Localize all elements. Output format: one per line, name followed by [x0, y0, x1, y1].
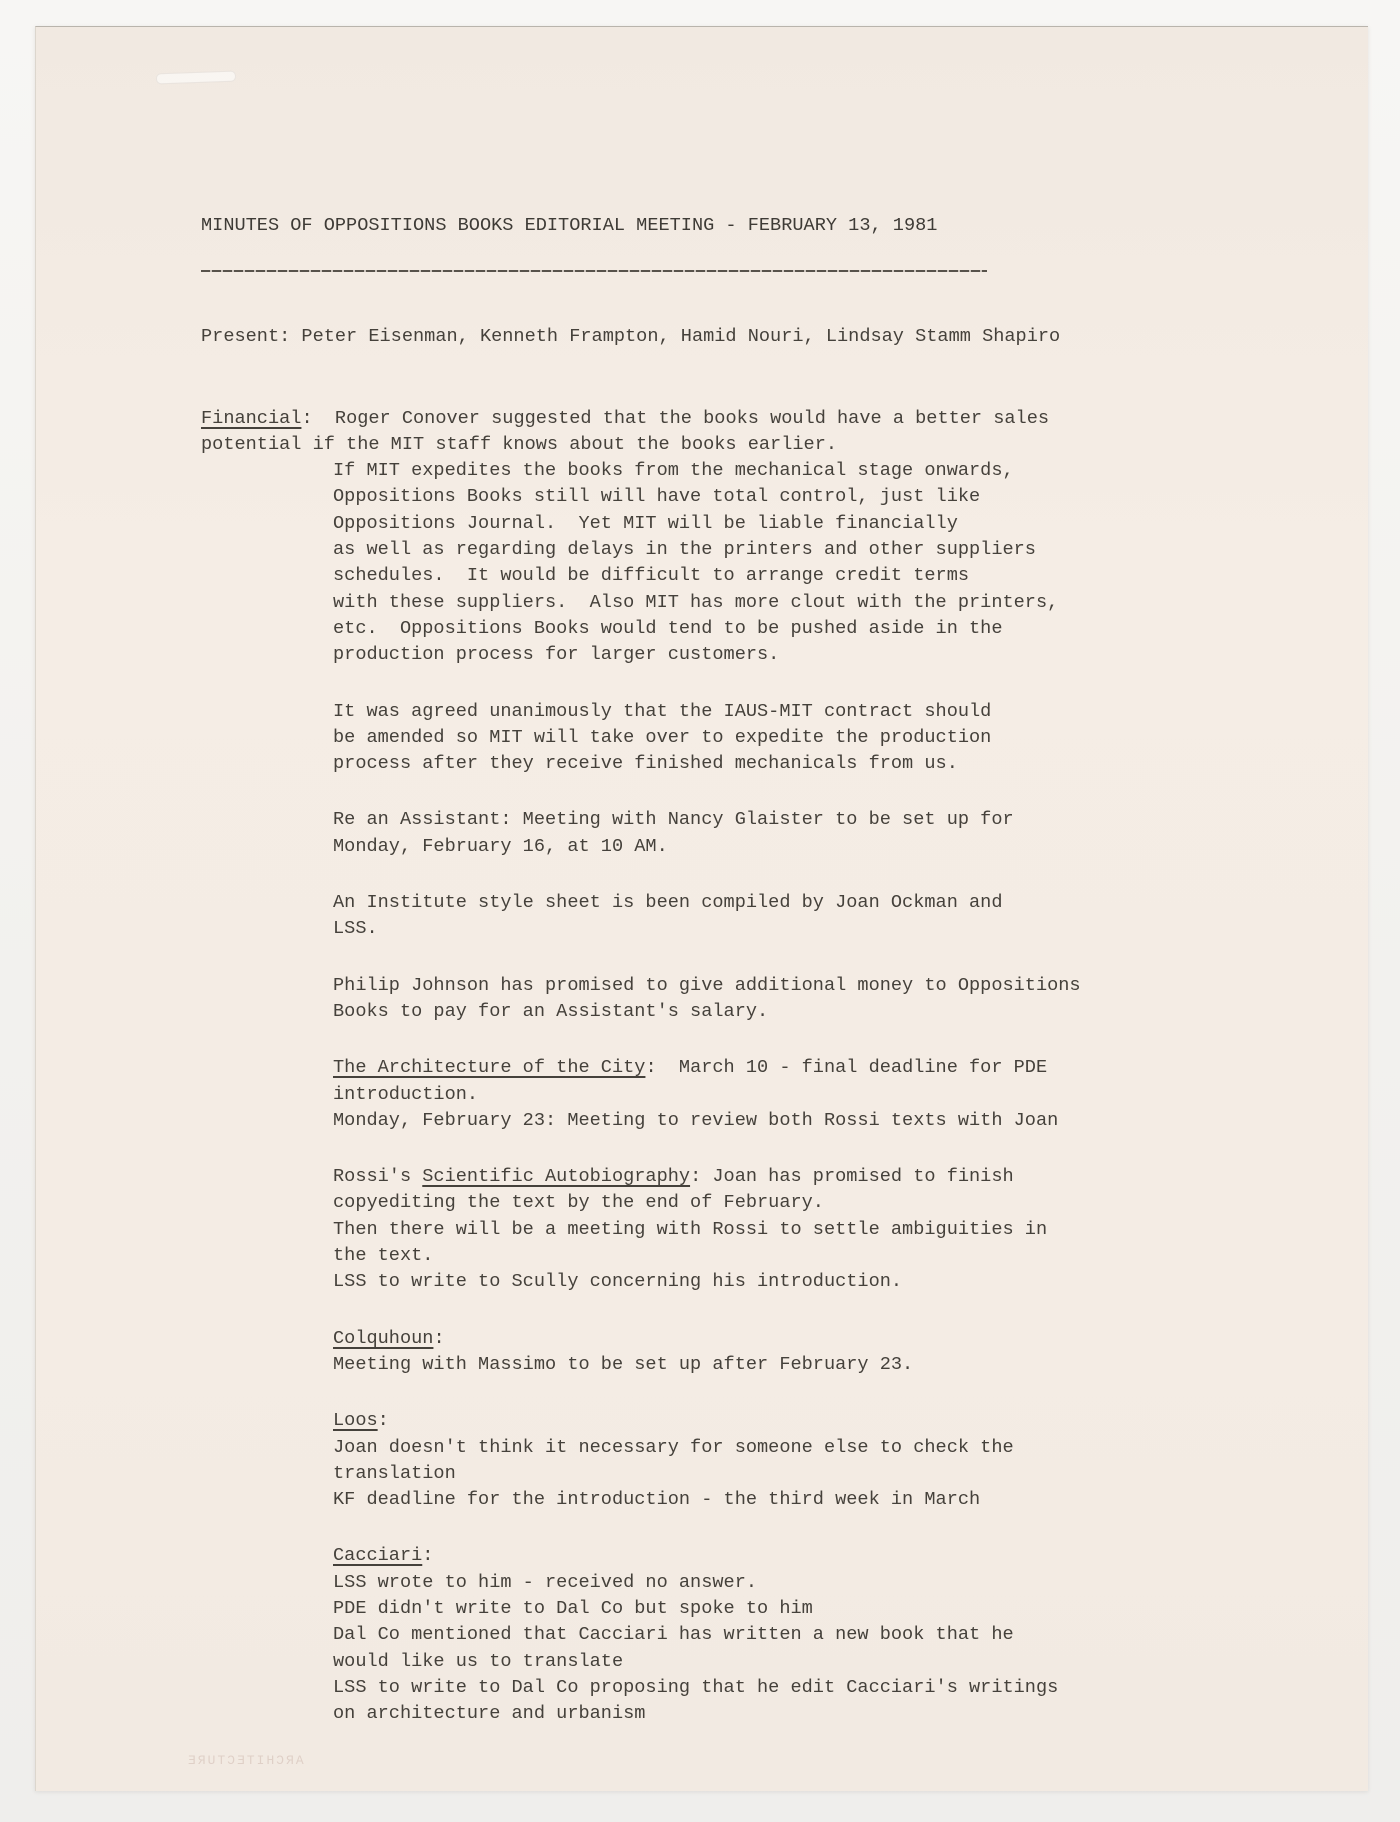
paragraph-financial: Financial: Roger Conover suggested that … — [201, 406, 1261, 459]
text-line: schedules. It would be difficult to arra… — [333, 563, 1261, 589]
text-line: the text. — [333, 1243, 1261, 1269]
text-line: LSS. — [333, 916, 1261, 942]
paragraph-iaus-mit-contract: It was agreed unanimously that the IAUS-… — [333, 699, 1261, 778]
title-underline-rule — [201, 270, 987, 272]
text-line: Oppositions Books still will have total … — [333, 484, 1261, 510]
text-line: potential if the MIT staff knows about t… — [201, 432, 1261, 458]
text-line: on architecture and urbanism — [333, 1701, 1261, 1727]
ink-show-through: ARCHITECTURE — [186, 1753, 304, 1768]
text-line: If MIT expedites the books from the mech… — [333, 458, 1261, 484]
text-line: Oppositions Journal. Yet MIT will be lia… — [333, 511, 1261, 537]
text-line: LSS wrote to him - received no answer. — [333, 1570, 1261, 1596]
text-line: Books to pay for an Assistant's salary. — [333, 999, 1261, 1025]
text-line: Re an Assistant: Meeting with Nancy Glai… — [333, 807, 1261, 833]
paragraph-loos: Loos: Joan doesn't think it necessary fo… — [333, 1408, 1261, 1513]
paragraph-architecture-of-the-city: The Architecture of the City: March 10 -… — [333, 1055, 1261, 1134]
text-line: with these suppliers. Also MIT has more … — [333, 590, 1261, 616]
document-content: MINUTES OF OPPOSITIONS BOOKS EDITORIAL M… — [201, 27, 1261, 1727]
text-line: etc. Oppositions Books would tend to be … — [333, 616, 1261, 642]
attendees-line: Present: Peter Eisenman, Kenneth Frampto… — [201, 324, 1261, 350]
text-line: Then there will be a meeting with Rossi … — [333, 1217, 1261, 1243]
paragraph-assistant-meeting: Re an Assistant: Meeting with Nancy Glai… — [333, 807, 1261, 860]
text-line: translation — [333, 1461, 1261, 1487]
text-line: Cacciari: — [333, 1543, 1261, 1569]
paragraph-scientific-autobiography: Rossi's Scientific Autobiography: Joan h… — [333, 1164, 1261, 1295]
paragraph-mit-expedite: If MIT expedites the books from the mech… — [333, 458, 1261, 668]
document-page: MINUTES OF OPPOSITIONS BOOKS EDITORIAL M… — [35, 26, 1368, 1791]
text-line: copyediting the text by the end of Febru… — [333, 1190, 1261, 1216]
text-line: PDE didn't write to Dal Co but spoke to … — [333, 1596, 1261, 1622]
text-line: Dal Co mentioned that Cacciari has writt… — [333, 1622, 1261, 1648]
text-line: Monday, February 23: Meeting to review b… — [333, 1108, 1261, 1134]
paragraph-cacciari: Cacciari: LSS wrote to him - received no… — [333, 1543, 1261, 1727]
text-line: Financial: Roger Conover suggested that … — [201, 406, 1261, 432]
paragraph-colquhoun: Colquhoun: Meeting with Massimo to be se… — [333, 1326, 1261, 1379]
text-line: The Architecture of the City: March 10 -… — [333, 1055, 1261, 1081]
text-line: Philip Johnson has promised to give addi… — [333, 973, 1261, 999]
text-line: Loos: — [333, 1408, 1261, 1434]
text-line: process after they receive finished mech… — [333, 751, 1261, 777]
text-line: LSS to write to Scully concerning his in… — [333, 1269, 1261, 1295]
document-title: MINUTES OF OPPOSITIONS BOOKS EDITORIAL M… — [201, 213, 1261, 239]
text-line: An Institute style sheet is been compile… — [333, 890, 1261, 916]
text-line: would like us to translate — [333, 1649, 1261, 1675]
text-line: Colquhoun: — [333, 1326, 1261, 1352]
text-line: KF deadline for the introduction - the t… — [333, 1487, 1261, 1513]
text-line: LSS to write to Dal Co proposing that he… — [333, 1675, 1261, 1701]
text-line: Monday, February 16, at 10 AM. — [333, 834, 1261, 860]
paragraph-philip-johnson: Philip Johnson has promised to give addi… — [333, 973, 1261, 1026]
text-line: Meeting with Massimo to be set up after … — [333, 1352, 1261, 1378]
text-line: be amended so MIT will take over to expe… — [333, 725, 1261, 751]
text-line: Joan doesn't think it necessary for some… — [333, 1435, 1261, 1461]
text-line: as well as regarding delays in the print… — [333, 537, 1261, 563]
text-line: Rossi's Scientific Autobiography: Joan h… — [333, 1164, 1261, 1190]
paragraph-style-sheet: An Institute style sheet is been compile… — [333, 890, 1261, 943]
text-line: introduction. — [333, 1082, 1261, 1108]
text-line: It was agreed unanimously that the IAUS-… — [333, 699, 1261, 725]
text-line: production process for larger customers. — [333, 642, 1261, 668]
